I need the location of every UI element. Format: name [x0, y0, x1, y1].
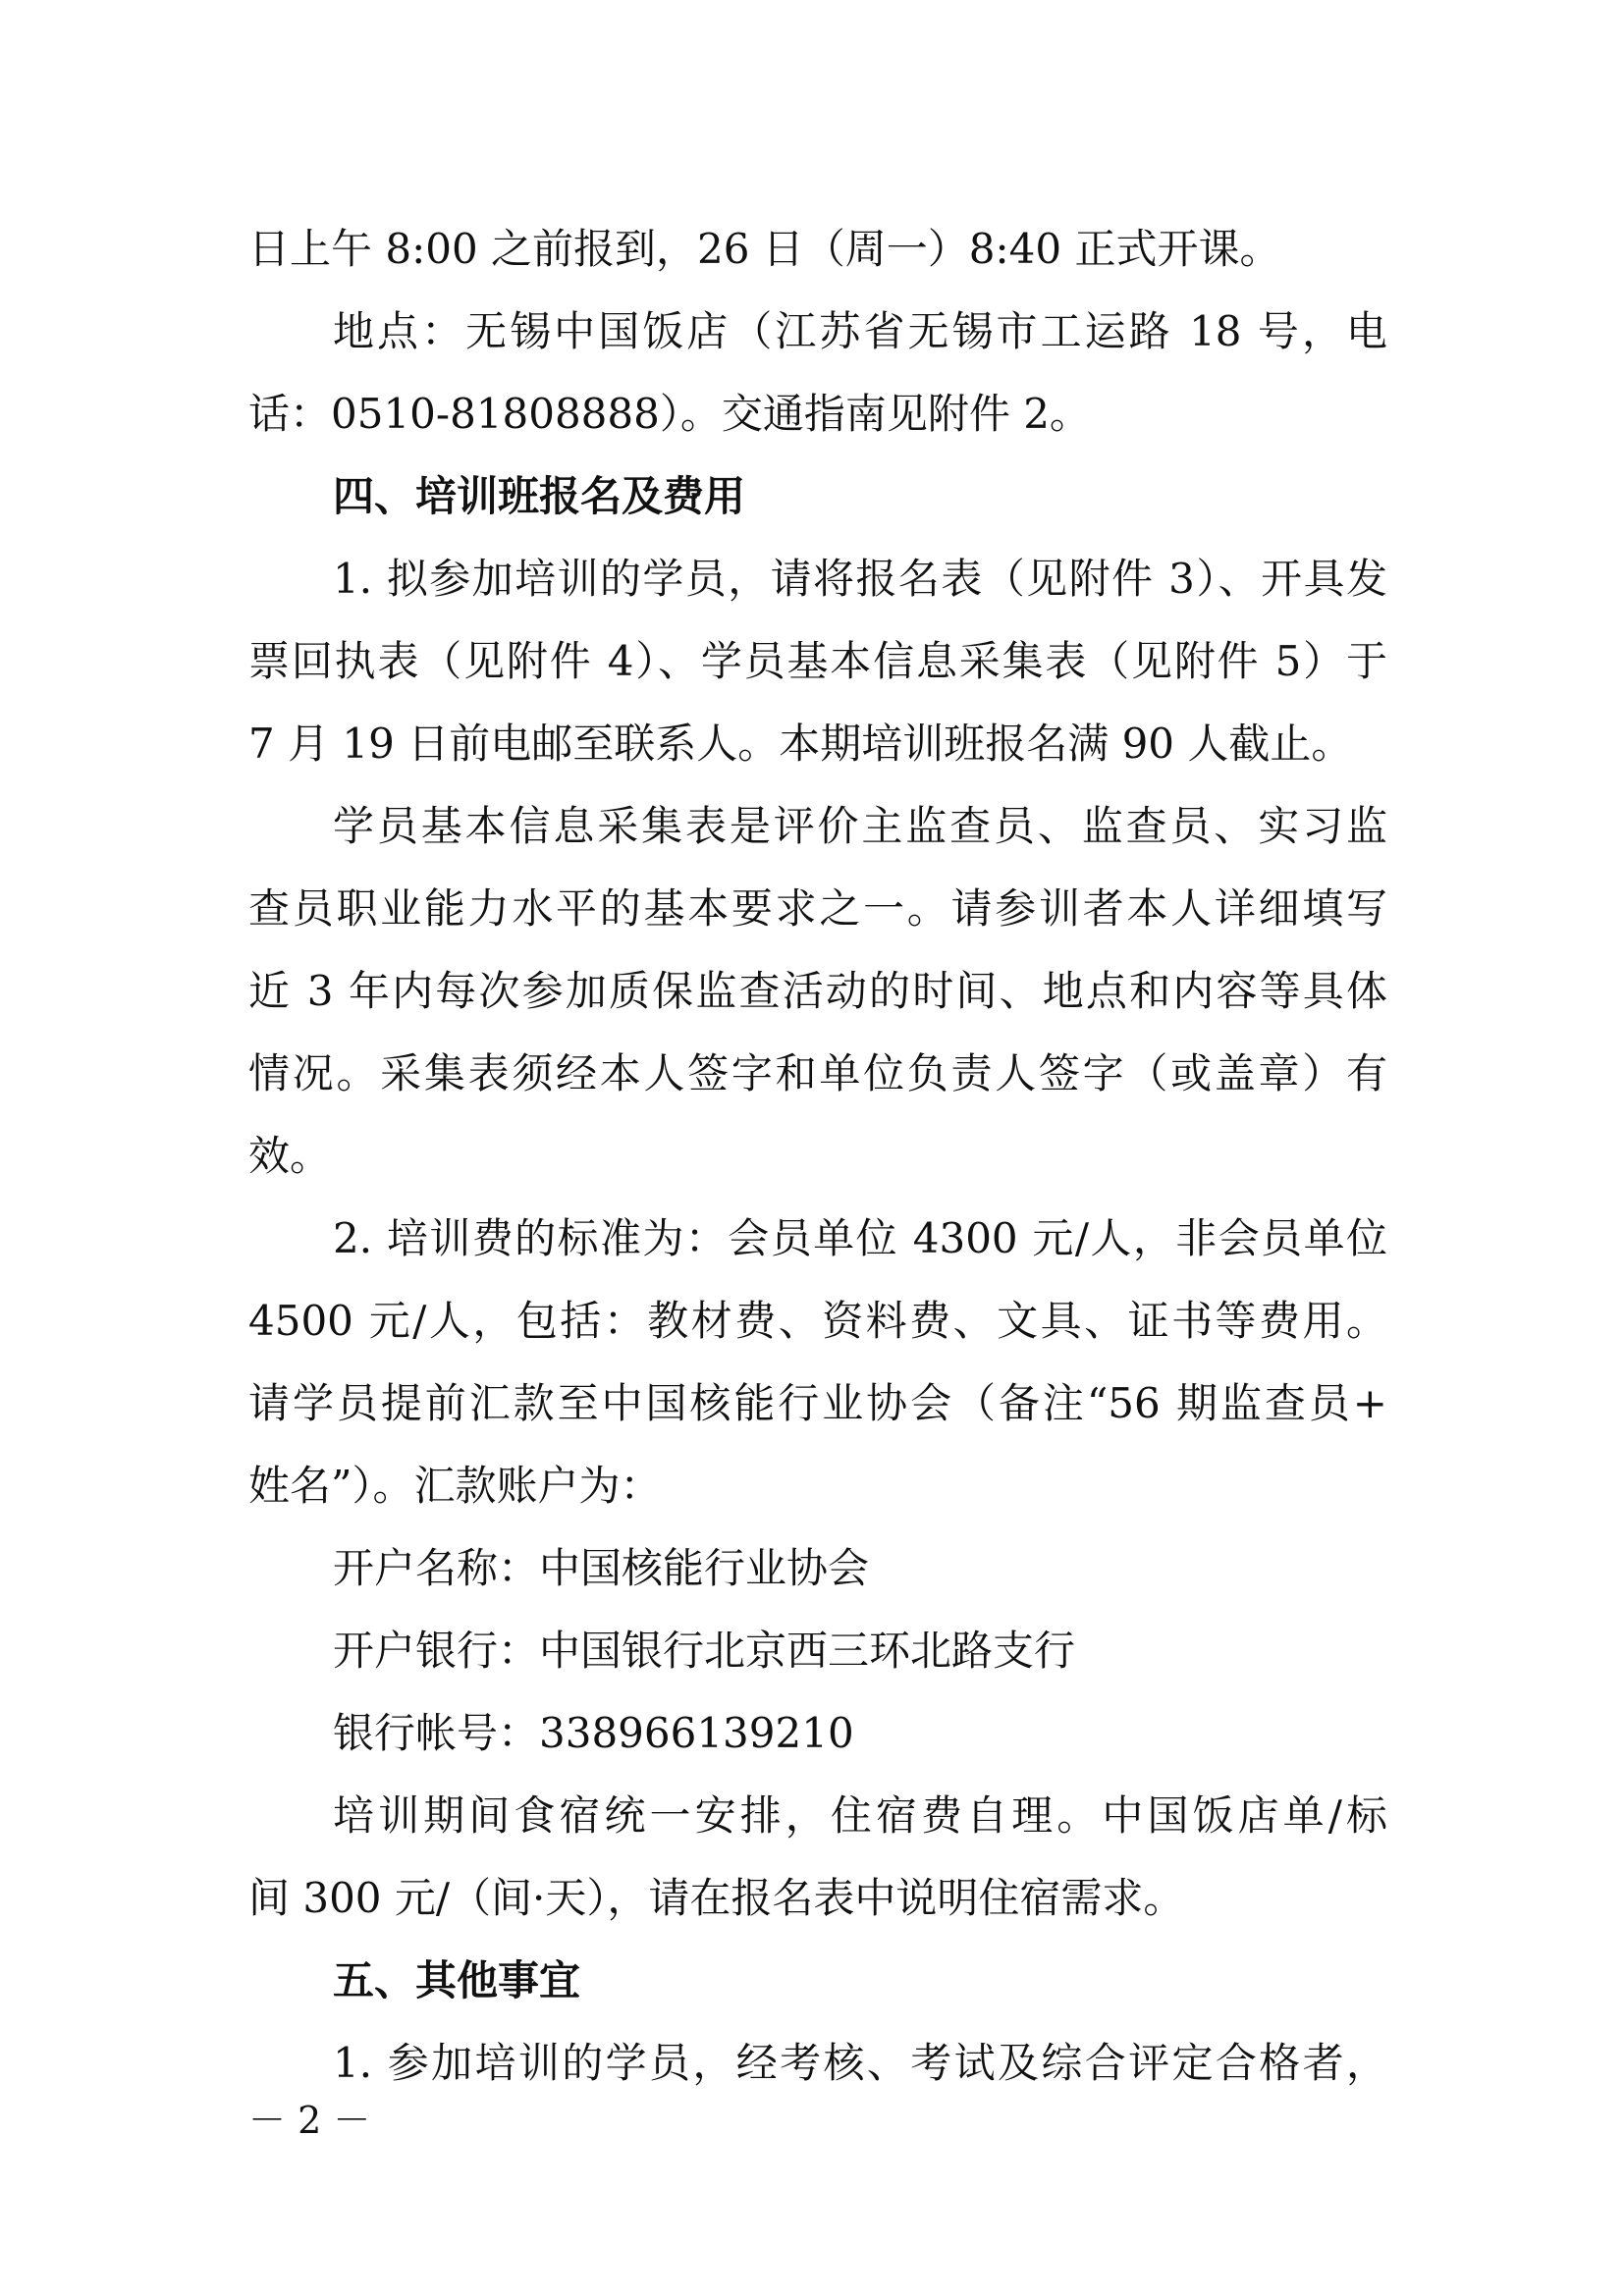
- paragraph-line: 学员基本信息采集表是评价主监查员、监查员、实习监: [248, 785, 1387, 868]
- paragraph-line: 票回执表（见附件 4）、学员基本信息采集表（见附件 5）于: [248, 620, 1387, 703]
- paragraph-line: 7 月 19 日前电邮至联系人。本期培训班报名满 90 人截止。: [248, 703, 1387, 785]
- paragraph-line: 4500 元/人，包括：教材费、资料费、文具、证书等费用。: [248, 1280, 1387, 1362]
- section-heading-5: 五、其他事宜: [248, 1940, 1387, 2022]
- paragraph-line: 查员职业能力水平的基本要求之一。请参训者本人详细填写: [248, 868, 1387, 950]
- account-number-line: 银行帐号：338966139210: [248, 1692, 1387, 1775]
- paragraph-line: 2. 培训费的标准为：会员单位 4300 元/人，非会员单位: [248, 1198, 1387, 1280]
- paragraph-line: 地点：无锡中国饭店（江苏省无锡市工运路 18 号，电: [248, 291, 1387, 373]
- paragraph-line: 情况。采集表须经本人签字和单位负责人签字（或盖章）有: [248, 1033, 1387, 1115]
- paragraph-line: 间 300 元/（间·天），请在报名表中说明住宿需求。: [248, 1857, 1387, 1940]
- section-heading-4: 四、培训班报名及费用: [248, 455, 1387, 538]
- paragraph-line: 近 3 年内每次参加质保监查活动的时间、地点和内容等具体: [248, 950, 1387, 1033]
- paragraph-line: 效。: [248, 1115, 1387, 1198]
- paragraph-line: 培训期间食宿统一安排，住宿费自理。中国饭店单/标: [248, 1775, 1387, 1857]
- paragraph-line: 姓名”）。汇款账户为：: [248, 1445, 1387, 1527]
- account-name-line: 开户名称：中国核能行业协会: [248, 1527, 1387, 1610]
- page-number: － 2 －: [248, 2091, 370, 2150]
- account-bank-line: 开户银行：中国银行北京西三环北路支行: [248, 1610, 1387, 1692]
- paragraph-line: 话：0510-81808888）。交通指南见附件 2。: [248, 373, 1387, 455]
- paragraph-line: 请学员提前汇款至中国核能行业协会（备注“56 期监查员+: [248, 1362, 1387, 1445]
- paragraph-line: 1. 参加培训的学员，经考核、考试及综合评定合格者，: [248, 2022, 1387, 2105]
- document-body: 日上午 8:00 之前报到，26 日（周一）8:40 正式开课。 地点：无锡中国…: [248, 208, 1387, 2105]
- paragraph-line: 1. 拟参加培训的学员，请将报名表（见附件 3）、开具发: [248, 538, 1387, 620]
- paragraph-line: 日上午 8:00 之前报到，26 日（周一）8:40 正式开课。: [248, 208, 1387, 291]
